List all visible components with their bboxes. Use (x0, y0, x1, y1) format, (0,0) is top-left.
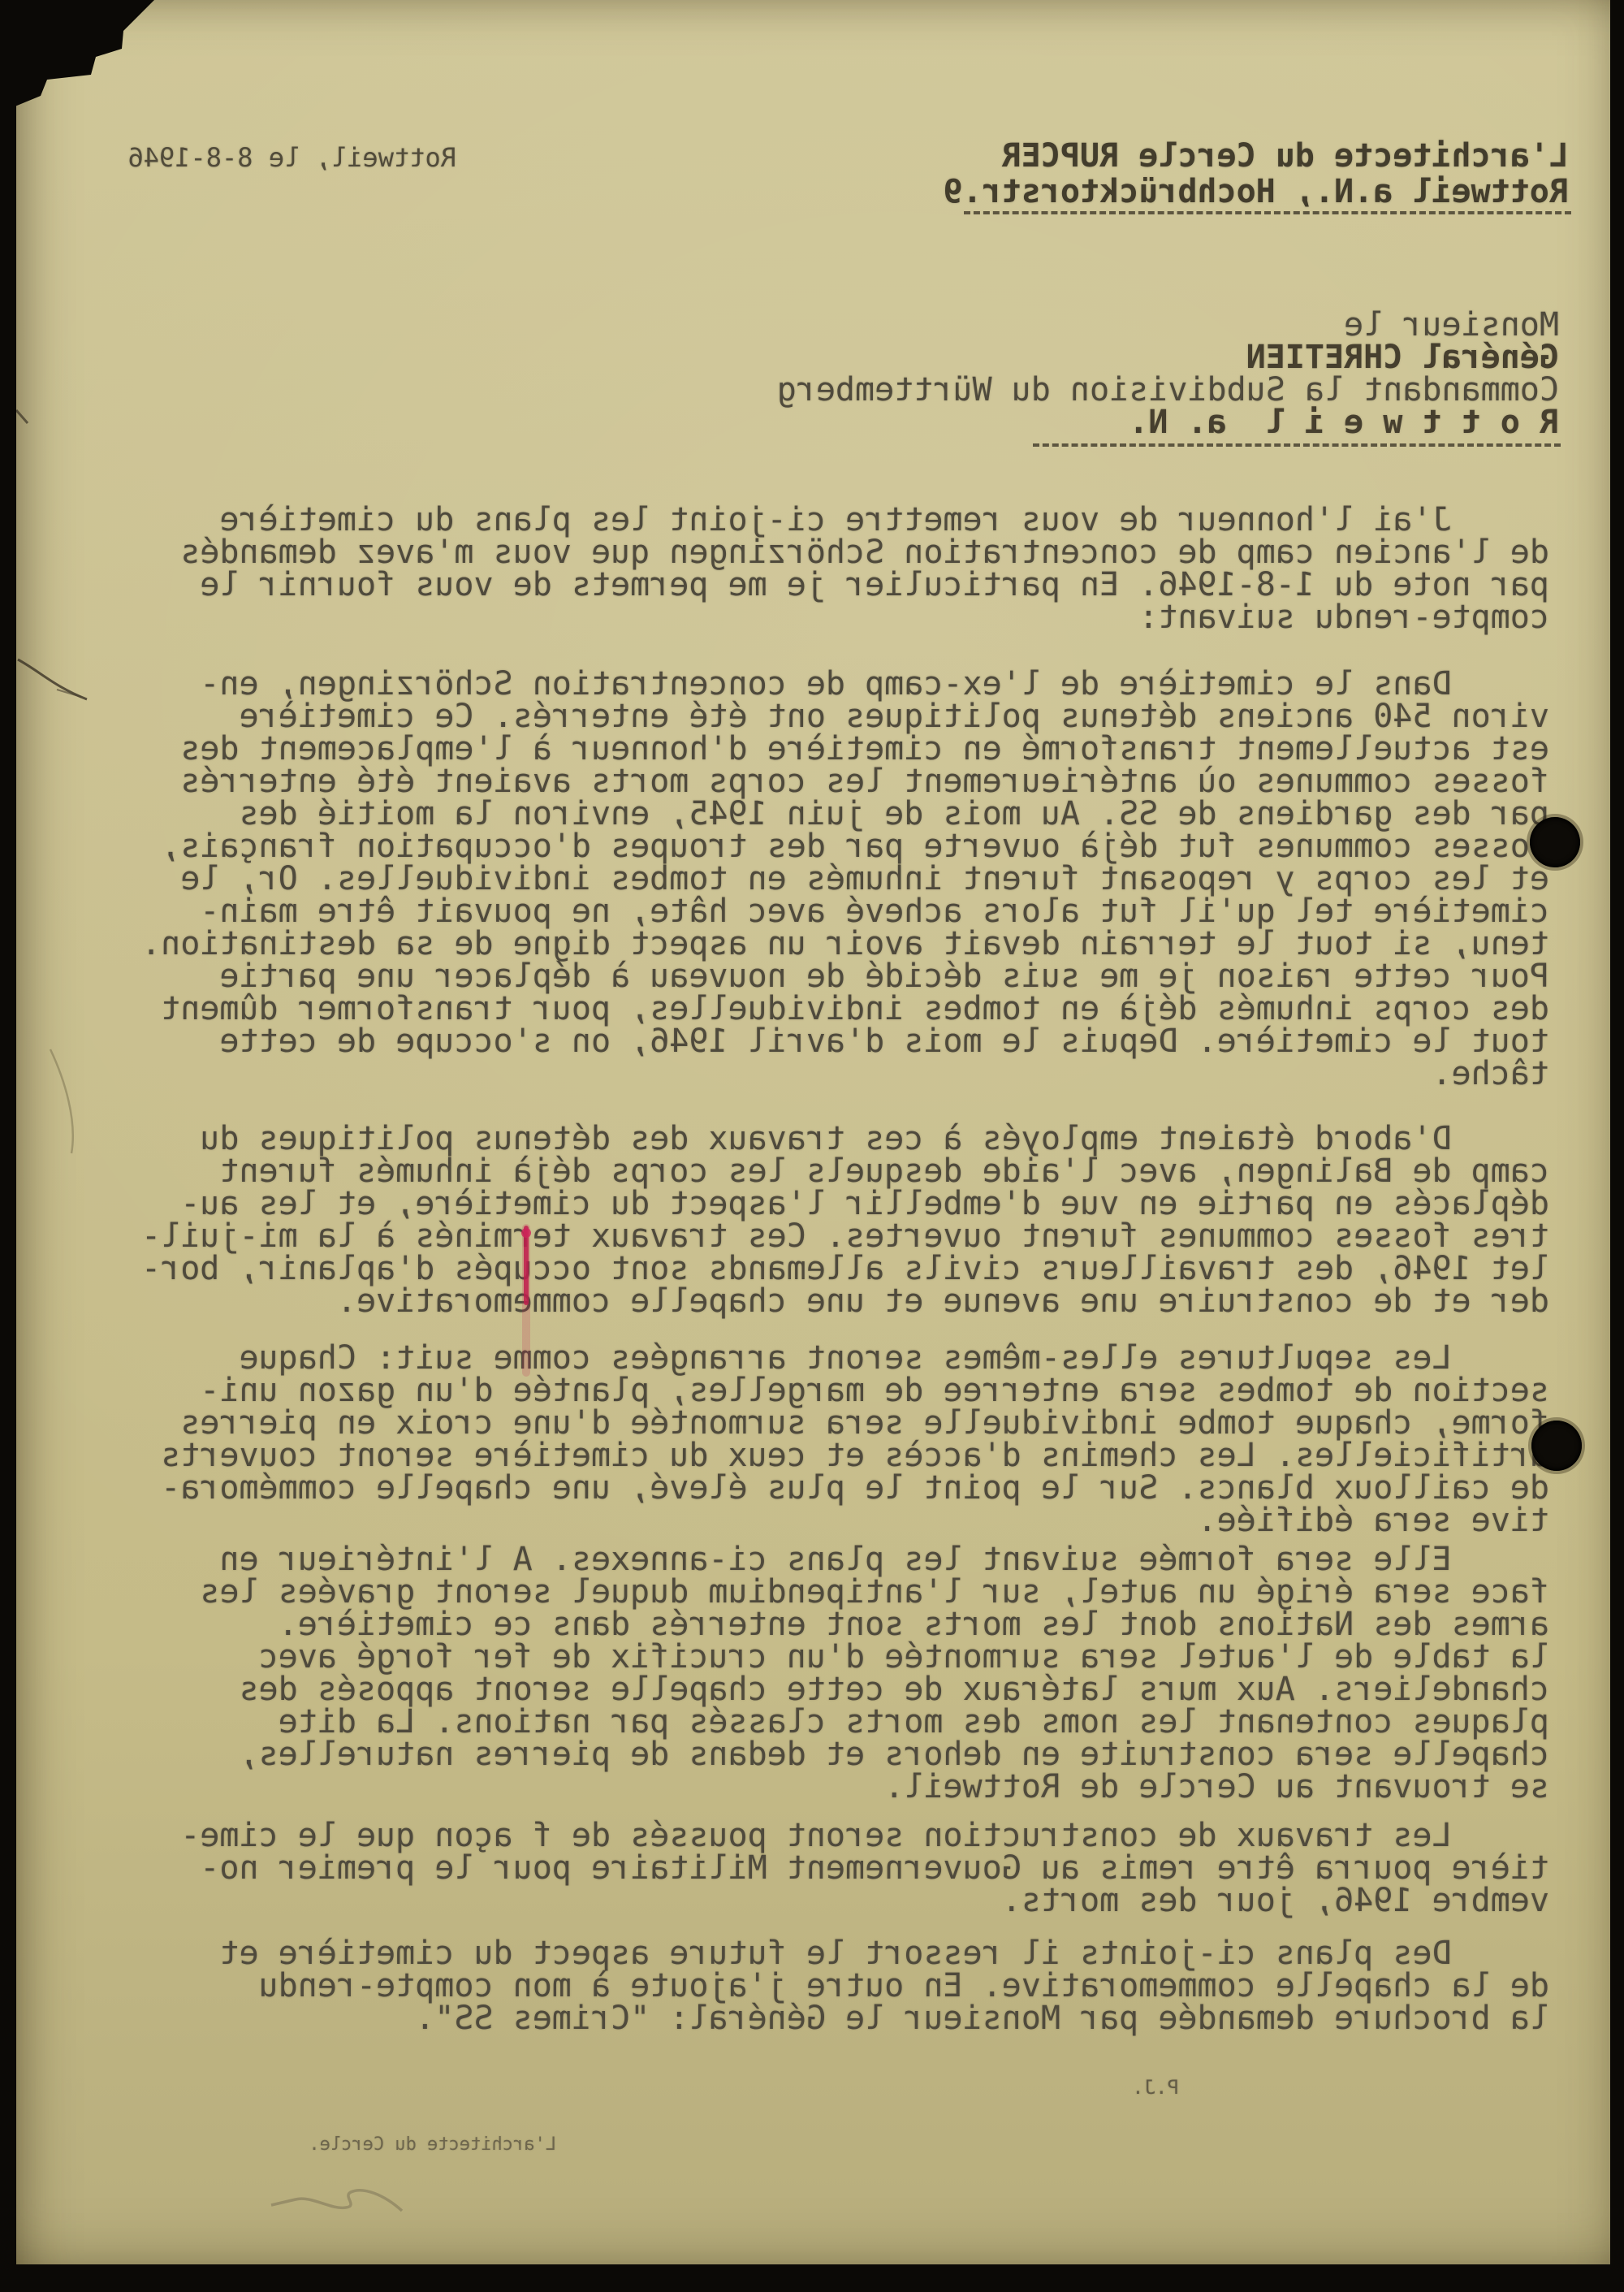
text-line: J'ai l'honneur de vous remettre ci-joint… (180, 504, 1549, 536)
text-line: chandeliers. Aux murs latéraux de cette … (200, 1673, 1549, 1706)
text-line: est actuellement transformé en cimetière… (141, 733, 1549, 765)
text-line: et les corps y reposant furent inhumés e… (141, 863, 1549, 895)
text-line: section de tombes sera enterree de marge… (161, 1374, 1549, 1407)
text-line: tive sera édifiée. (161, 1504, 1549, 1537)
text-line: Pour cette raison je me suis décidé de n… (141, 960, 1549, 992)
paragraph-4: Les sepultures elles-mêmes seront arrang… (161, 1342, 1549, 1537)
text-line: de la chapelle commemorative. En outre j… (219, 1970, 1549, 2002)
text-line: fosses communes où antérieurement les co… (141, 765, 1549, 798)
text-line: compte-rendu suivant: (180, 601, 1549, 634)
text-line: la table de l'autel sera surmontée d'un … (200, 1641, 1549, 1673)
text-line: de l'ancien camp de concentration Schörz… (180, 536, 1549, 569)
text-line: cimetière tel qu'il fut alors achevé ave… (141, 895, 1549, 928)
mirrored-carbon-copy: L'architecte du Cercle RUPCER Rottweil a… (0, 0, 1624, 2292)
text-line: viron 540 anciens détenus politiques ont… (141, 700, 1549, 733)
text-line: la brochure demandée par Monsieur le Gén… (219, 2002, 1549, 2035)
text-line: forme, chaque tombe individuelle sera su… (161, 1407, 1549, 1439)
addressee-underline (1033, 443, 1561, 447)
text-line: tenu, si tout le terrain devait avoir un… (141, 928, 1549, 960)
text-line: déplacés en partie en vue d'embellir l'a… (141, 1187, 1549, 1220)
text-line: des corps inhumés déjà en tombes individ… (141, 992, 1549, 1025)
text-line: vembre 1946, jour des morts. (180, 1884, 1549, 1917)
addressee-line-2: Général CHRETIEN (1246, 341, 1559, 374)
letterhead-line2: Rottweil a.N., Hochbrücktorstr.9 (943, 174, 1569, 210)
enclosure-label: P.J. (1132, 2076, 1179, 2099)
addressee-line-4: R o t t w e i l a. N. (1129, 406, 1559, 439)
paragraph-7: Des plans ci-joints il ressort le future… (219, 1937, 1549, 2035)
scanned-letter-page: L'architecte du Cercle RUPCER Rottweil a… (0, 0, 1624, 2292)
text-line: tout le cimetière. Depuis le mois d'avri… (141, 1025, 1549, 1057)
text-line: se trouvant au Cercle de Rottweil. (200, 1771, 1549, 1803)
text-line: Dans le cimetière de l'ex-camp de concen… (141, 668, 1549, 700)
text-line: der et de construire une avenue et une c… (141, 1285, 1549, 1317)
text-line: Les sepultures elles-mêmes seront arrang… (161, 1342, 1549, 1374)
addressee-line-1: Monsieur le (1344, 309, 1559, 341)
text-line: par des gardiens de SS. Au mois de juin … (141, 798, 1549, 830)
text-line: fosses communes fut déjà ouverte par des… (141, 830, 1549, 863)
text-line: Des plans ci-joints il ressort le future… (219, 1937, 1549, 1970)
text-line: D'abord étaient employés à ces travaux d… (141, 1122, 1549, 1155)
text-line: let 1946, des travailleurs civils allema… (141, 1252, 1549, 1285)
text-line: camp de Balingen, avec l'aide desquels l… (141, 1155, 1549, 1187)
text-line: Les travaux de construction seront pouss… (180, 1819, 1549, 1852)
text-line: tâche. (141, 1057, 1549, 1090)
letterhead-underline (964, 211, 1571, 214)
date-line: Rottweil, le 8-8-1946 (127, 143, 456, 172)
paragraph-6: Les travaux de construction seront pouss… (180, 1819, 1549, 1917)
punch-hole-top (1530, 817, 1580, 867)
paragraph-1: J'ai l'honneur de vous remettre ci-joint… (180, 504, 1549, 634)
paragraph-3: D'abord étaient employés à ces travaux d… (141, 1122, 1549, 1317)
text-line: tière pourra être remis au Gouvernement … (180, 1852, 1549, 1884)
signature-title: L'architecte du Cercle. (309, 2134, 556, 2156)
text-line: artificielles. Les chemins d'accès et ce… (161, 1439, 1549, 1472)
text-line: chapelle sera construite en dehors et de… (200, 1738, 1549, 1771)
paragraph-2: Dans le cimetière de l'ex-camp de concen… (141, 668, 1549, 1090)
text-line: tres fosses communes furent ouvertes. Ce… (141, 1220, 1549, 1252)
text-line: face sera érigé un autel, sur l'antipend… (200, 1576, 1549, 1608)
scanner-edge-right (0, 0, 16, 2292)
addressee-line-3: Commandant la Subdivision du Württemberg (777, 374, 1559, 406)
letterhead-line1: L'architecte du Cercle RUPCER (1002, 138, 1569, 174)
scanner-edge-bottom (0, 2264, 1624, 2292)
text-line: de cailloux blancs. Sur le point le plus… (161, 1472, 1549, 1504)
text-line: plaques contenant les noms des morts cla… (200, 1706, 1549, 1738)
paragraph-5: Elle sera formée suivant les plans ci-an… (200, 1543, 1549, 1803)
scanner-edge-left (1610, 0, 1624, 2292)
text-line: Elle sera formée suivant les plans ci-an… (200, 1543, 1549, 1576)
punch-hole-bottom (1531, 1421, 1582, 1471)
text-line: par note du 1-8-1946. En particulier je … (180, 569, 1549, 601)
text-line: armes des Nations dont les morts sont en… (200, 1608, 1549, 1641)
